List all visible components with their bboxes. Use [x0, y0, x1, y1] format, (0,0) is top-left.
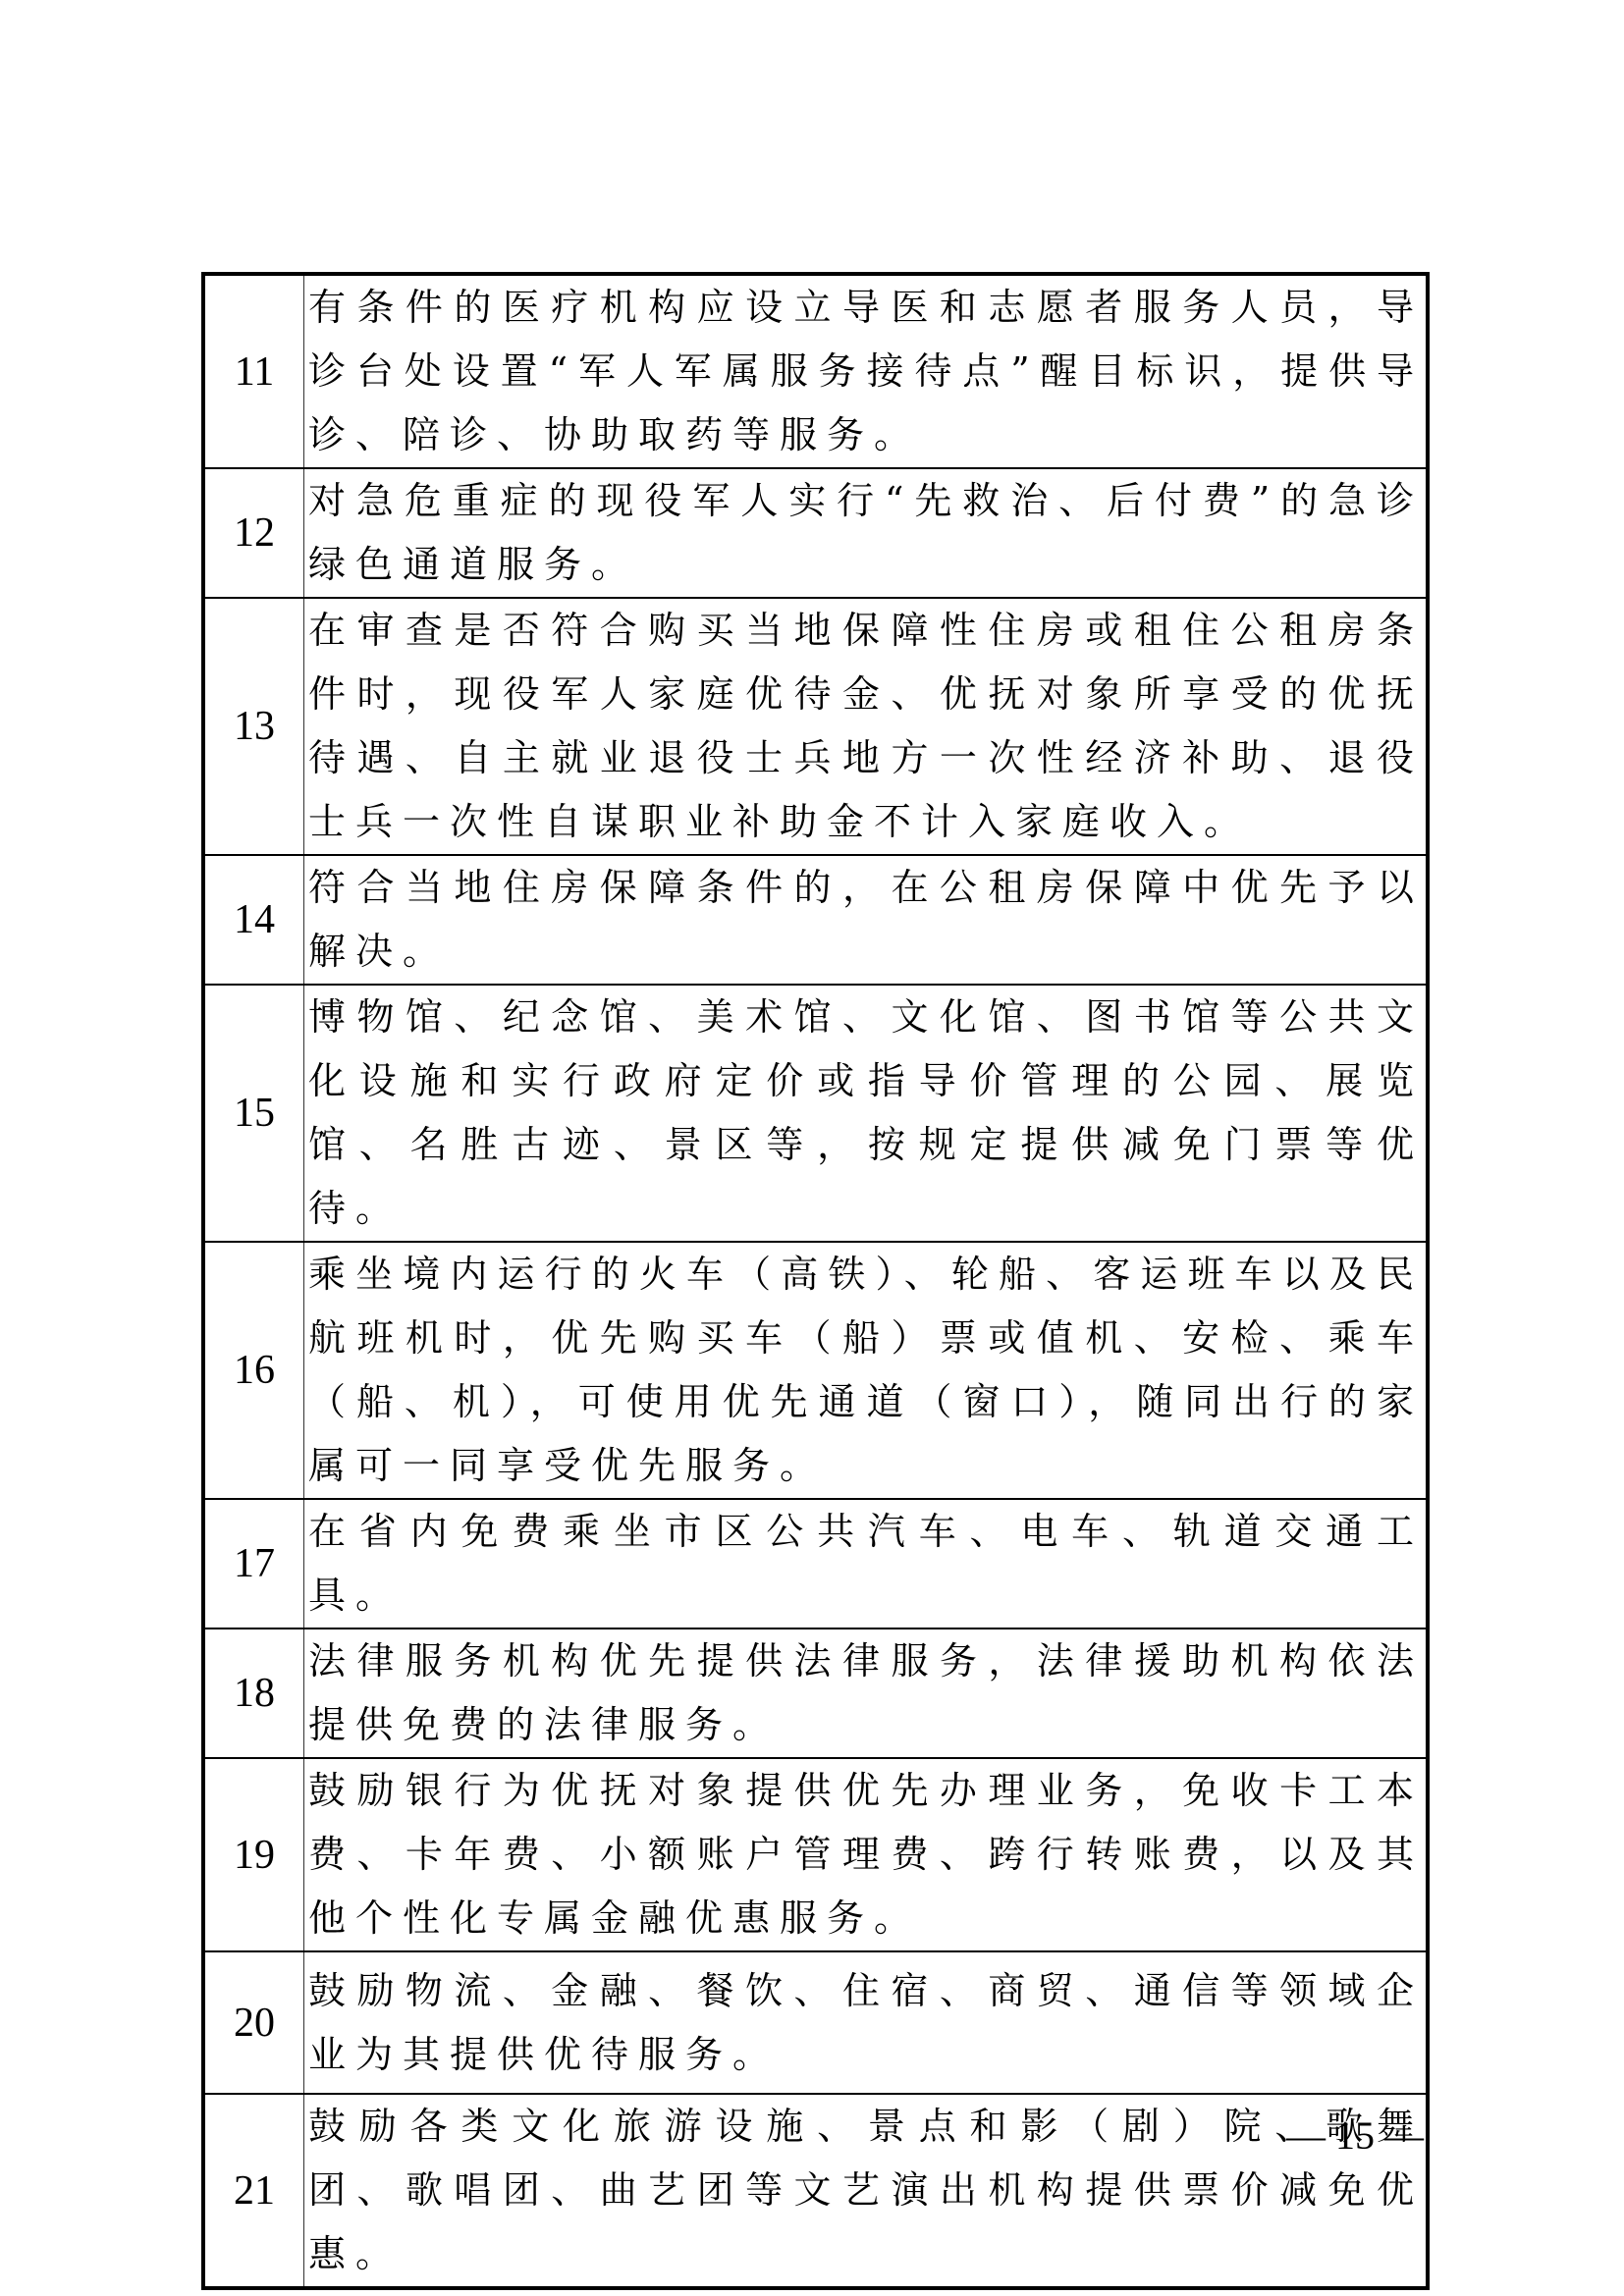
table-row: 16 乘坐境内运行的火车（高铁）、轮船、客运班车以及民航班机时，优先购买车（船）… — [203, 1242, 1428, 1499]
row-number: 12 — [203, 468, 304, 598]
row-text: 鼓励银行为优抚对象提供优先办理业务，免收卡工本费、卡年费、小额账户管理费、跨行转… — [304, 1758, 1429, 1951]
table-row: 19 鼓励银行为优抚对象提供优先办理业务，免收卡工本费、卡年费、小额账户管理费、… — [203, 1758, 1428, 1951]
table-row: 14 符合当地住房保障条件的，在公租房保障中优先予以解决。 — [203, 855, 1428, 985]
row-number: 13 — [203, 598, 304, 855]
row-text: 乘坐境内运行的火车（高铁）、轮船、客运班车以及民航班机时，优先购买车（船）票或值… — [304, 1242, 1429, 1499]
row-text: 符合当地住房保障条件的，在公租房保障中优先予以解决。 — [304, 855, 1429, 985]
table-row: 12 对急危重症的现役军人实行“先救治、后付费”的急诊绿色通道服务。 — [203, 468, 1428, 598]
row-number: 19 — [203, 1758, 304, 1951]
row-text: 鼓励各类文化旅游设施、景点和影（剧）院、歌舞团、歌唱团、曲艺团等文艺演出机构提供… — [304, 2094, 1429, 2288]
table-row: 21 鼓励各类文化旅游设施、景点和影（剧）院、歌舞团、歌唱团、曲艺团等文艺演出机… — [203, 2094, 1428, 2288]
row-text: 在审查是否符合购买当地保障性住房或租住公租房条件时，现役军人家庭优待金、优抚对象… — [304, 598, 1429, 855]
row-text: 法律服务机构优先提供法律服务，法律援助机构依法提供免费的法律服务。 — [304, 1629, 1429, 1758]
table-row: 13 在审查是否符合购买当地保障性住房或租住公租房条件时，现役军人家庭优待金、优… — [203, 598, 1428, 855]
table-row: 15 博物馆、纪念馆、美术馆、文化馆、图书馆等公共文化设施和实行政府定价或指导价… — [203, 985, 1428, 1242]
row-number: 16 — [203, 1242, 304, 1499]
table-row: 18 法律服务机构优先提供法律服务，法律援助机构依法提供免费的法律服务。 — [203, 1629, 1428, 1758]
table-row: 20 鼓励物流、金融、餐饮、住宿、商贸、通信等领域企业为其提供优待服务。 — [203, 1951, 1428, 2094]
row-number: 15 — [203, 985, 304, 1242]
row-number: 14 — [203, 855, 304, 985]
row-number: 20 — [203, 1951, 304, 2094]
row-number: 17 — [203, 1499, 304, 1629]
table-row: 11 有条件的医疗机构应设立导医和志愿者服务人员，导诊台处设置“军人军属服务接待… — [203, 274, 1428, 468]
row-text: 在省内免费乘坐市区公共汽车、电车、轨道交通工具。 — [304, 1499, 1429, 1629]
row-text: 对急危重症的现役军人实行“先救治、后付费”的急诊绿色通道服务。 — [304, 468, 1429, 598]
benefits-table: 11 有条件的医疗机构应设立导医和志愿者服务人员，导诊台处设置“军人军属服务接待… — [201, 272, 1430, 2290]
row-text: 鼓励物流、金融、餐饮、住宿、商贸、通信等领域企业为其提供优待服务。 — [304, 1951, 1429, 2094]
table-row: 17 在省内免费乘坐市区公共汽车、电车、轨道交通工具。 — [203, 1499, 1428, 1629]
row-number: 18 — [203, 1629, 304, 1758]
row-text: 有条件的医疗机构应设立导医和志愿者服务人员，导诊台处设置“军人军属服务接待点”醒… — [304, 274, 1429, 468]
row-number: 11 — [203, 274, 304, 468]
row-text: 博物馆、纪念馆、美术馆、文化馆、图书馆等公共文化设施和实行政府定价或指导价管理的… — [304, 985, 1429, 1242]
page-number: — 15 — — [1276, 2112, 1434, 2160]
row-number: 21 — [203, 2094, 304, 2288]
document-page: 11 有条件的医疗机构应设立导医和志愿者服务人员，导诊台处设置“军人军属服务接待… — [0, 0, 1624, 2296]
